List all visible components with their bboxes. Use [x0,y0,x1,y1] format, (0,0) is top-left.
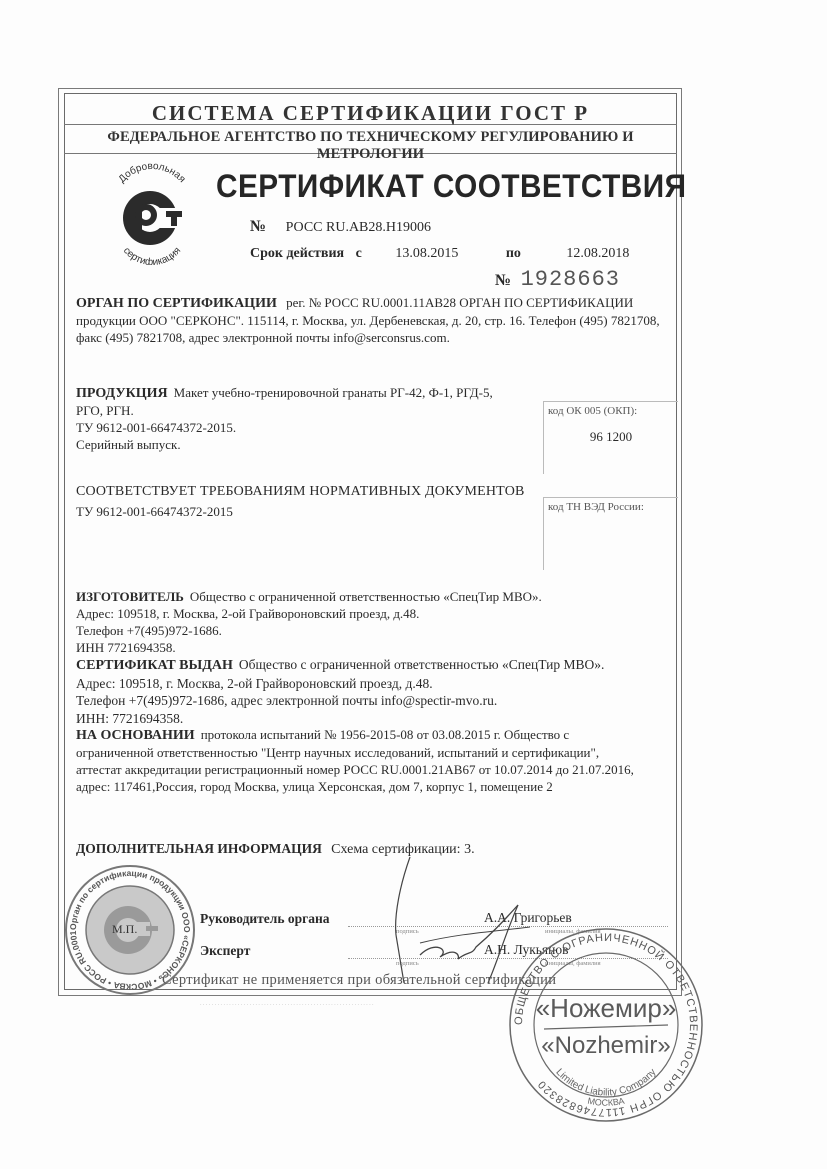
tnved-code-label: код ТН ВЭД России: [544,498,678,513]
validity-from-label: с [356,246,362,261]
svg-text:«Ножемир»: «Ножемир» [536,993,677,1023]
basis-section: НА ОСНОВАНИИпротокола испытаний № 1956-2… [76,726,666,795]
seal-place-label: М.П. [112,922,137,937]
svg-text:сертификация: сертификация [121,245,183,265]
product-release-type: Серийный выпуск. [76,436,536,453]
product-line-2: РГО, РГН. [76,402,536,419]
validity-label: Срок действия [250,246,344,261]
certificate-number-line: № РОСС RU.АВ28.Н19006 [250,218,431,236]
issued-to-inn: ИНН: 7721694358. [76,710,666,728]
svg-text:Limited Liability Company: Limited Liability Company [553,1067,658,1099]
print-imprint-line: · · · · · · · · · · · · · · · · · · · · … [200,1003,374,1008]
manufacturer-name: Общество с ограниченной ответственностью… [190,589,542,604]
conformity-document: ТУ 9612-001-66474372-2015 [76,503,546,520]
manufacturer-address: Адрес: 109518, г. Москва, 2-ой Грайворон… [76,605,666,622]
manufacturer-inn: ИНН 7721694358. [76,639,666,656]
manufacturer-section: ИЗГОТОВИТЕЛЬОбщество с ограниченной отве… [76,588,666,656]
footer-note: Сертификат не применяется при обязательн… [162,972,556,989]
svg-text:Добровольная: Добровольная [117,163,188,185]
expert-label: Эксперт [200,943,250,959]
issued-to-section: СЕРТИФИКАТ ВЫДАНОбщество с ограниченной … [76,656,666,727]
manufacturer-heading: ИЗГОТОВИТЕЛЬ [76,589,184,604]
basis-heading: НА ОСНОВАНИИ [76,728,195,743]
issued-to-heading: СЕРТИФИКАТ ВЫДАН [76,658,233,673]
basis-line-2: ограниченной ответственностью "Центр нау… [76,744,666,761]
validity-to-date: 12.08.2018 [566,246,629,261]
manufacturer-phone: Телефон +7(495)972-1686. [76,622,666,639]
rst-mark-icon: Добровольная сертификация [100,163,202,265]
certificate-title: СЕРТИФИКАТ СООТВЕТСТВИЯ [216,168,686,205]
number-symbol: № [250,218,266,235]
conformity-heading: СООТВЕТСТВУЕТ ТРЕБОВАНИЯМ НОРМАТИВНЫХ ДО… [76,483,540,500]
tnved-code-box: код ТН ВЭД России: [543,497,678,570]
product-spec: ТУ 9612-001-66474372-2015. [76,419,536,436]
issued-to-name: Общество с ограниченной ответственностью… [239,657,604,672]
issued-to-address: Адрес: 109518, г. Москва, 2-ой Грайворон… [76,675,666,693]
validity-to-label: по [506,246,521,261]
certification-body-section: ОРГАН ПО СЕРТИФИКАЦИИ рег. № РОСС RU.000… [76,294,666,346]
product-line-1: Макет учебно-тренировочной гранаты РГ-42… [174,385,493,400]
agency-name: ФЕДЕРАЛЬНОЕ АГЕНТСТВО ПО ТЕХНИЧЕСКОМУ РЕ… [64,129,677,163]
additional-info-heading: ДОПОЛНИТЕЛЬНАЯ ИНФОРМАЦИЯ [76,841,322,856]
basis-line-1: протокола испытаний № 1956-2015-08 от 03… [201,727,570,742]
serial-number-symbol: № [495,272,511,289]
basis-line-4: адрес: 117461,Россия, город Москва, улиц… [76,778,666,795]
company-stamp-icon: ОБЩЕСТВО С ОГРАНИЧЕННОЙ ОТВЕТСТВЕННОСТЬЮ… [506,925,706,1125]
validity-from-date: 13.08.2015 [395,246,458,261]
blank-serial-number: 1928663 [521,267,620,292]
additional-info-section: ДОПОЛНИТЕЛЬНАЯ ИНФОРМАЦИЯ Схема сертифик… [76,840,666,858]
validity-line: Срок действия с 13.08.2015 по 12.08.2018 [250,246,629,262]
okp-code-label: код ОК 005 (ОКП): [544,402,678,417]
blank-serial: № 1928663 [495,265,620,292]
conformity-section: СООТВЕТСТВУЕТ ТРЕБОВАНИЯМ НОРМАТИВНЫХ ДО… [76,483,546,520]
gost-r-logo: Добровольная сертификация [100,163,202,265]
okp-code-value: 96 1200 [544,429,678,445]
product-heading: ПРОДУКЦИЯ [76,386,168,401]
certificate-number: РОСС RU.АВ28.Н19006 [286,220,431,235]
svg-text:«Nozhemir»: «Nozhemir» [541,1032,670,1059]
system-title: СИСТЕМА СЕРТИФИКАЦИИ ГОСТ Р [64,101,677,126]
basis-line-3: аттестат аккредитации регистрационный но… [76,761,666,778]
head-of-body-label: Руководитель органа [200,911,330,927]
issued-to-phone-email: Телефон +7(495)972-1686, адрес электронн… [76,692,666,710]
company-stamp: ОБЩЕСТВО С ОГРАНИЧЕННОЙ ОТВЕТСТВЕННОСТЬЮ… [506,925,706,1125]
product-section: ПРОДУКЦИЯМакет учебно-тренировочной гран… [76,384,536,453]
certification-body-heading: ОРГАН ПО СЕРТИФИКАЦИИ [76,296,277,311]
okp-code-box: код ОК 005 (ОКП): 96 1200 [543,401,678,474]
